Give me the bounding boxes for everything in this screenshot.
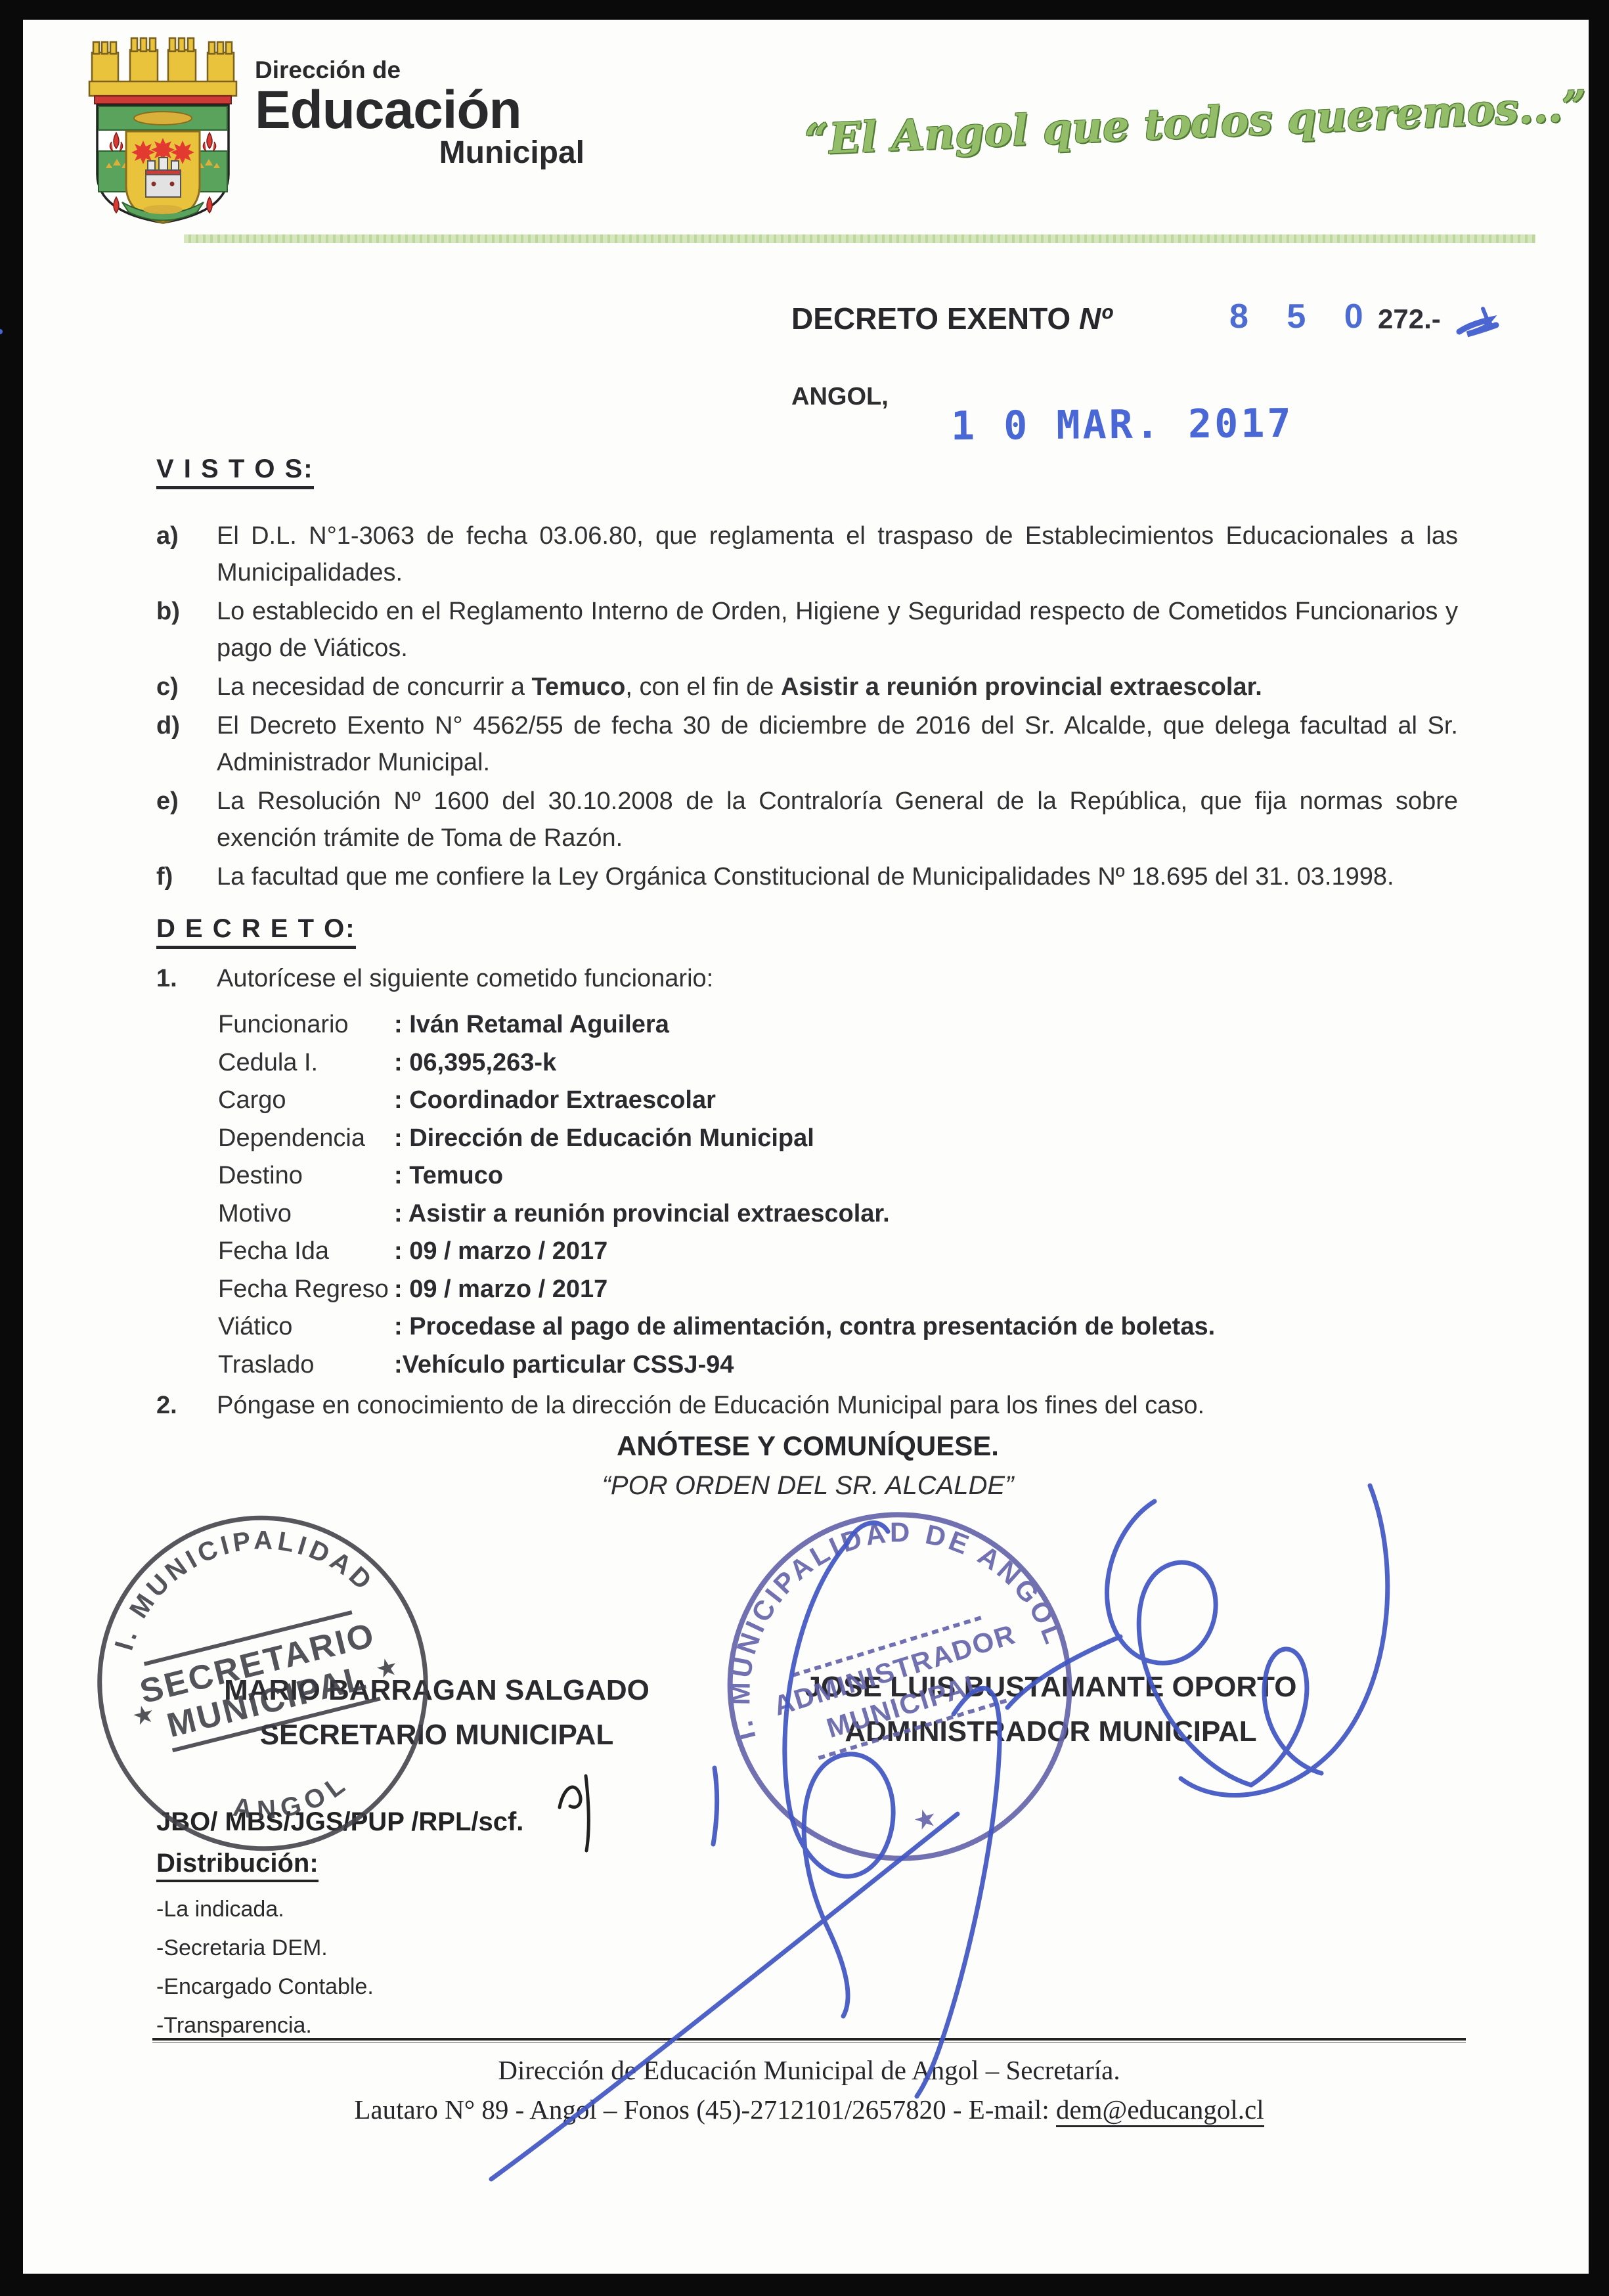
detail-row-cargo: Cargo: Coordinador Extraescolar (218, 1082, 1453, 1120)
header-divider (184, 234, 1535, 243)
detail-row-fecha-regreso: Fecha Regreso: 09 / marzo / 2017 (218, 1271, 1453, 1309)
footer: Dirección de Educación Municipal de Ango… (152, 2054, 1466, 2125)
vistos-item-a: a) El D.L. N°1-3063 de fecha 03.06.80, q… (156, 518, 1458, 591)
por-orden-line: “POR ORDEN DEL SR. ALCALDE” (479, 1471, 1136, 1501)
decree-number-stamp: 8 5 0 (1229, 297, 1378, 336)
vistos-list: a) El D.L. N°1-3063 de fecha 03.06.80, q… (156, 518, 1458, 897)
coat-of-arms-icon (84, 34, 242, 226)
signatory-left-name: MARIO BARRAGAN SALGADO (177, 1668, 696, 1713)
date-stamp: 1 0 MAR. 2017 (951, 401, 1294, 450)
footer-email: dem@educangol.cl (1056, 2094, 1264, 2127)
detail-row-dependencia: Dependencia: Dirección de Educación Muni… (218, 1120, 1453, 1158)
distribution-item: -Secretaria DEM. (156, 1929, 374, 1968)
signatory-left: MARIO BARRAGAN SALGADO SECRETARIO MUNICI… (177, 1668, 696, 1757)
dept-line2: Educación (255, 83, 623, 138)
dept-line1: Dirección de (255, 58, 623, 83)
responsibility-initials: JBO/ MBS/JGS/PUP /RPL/scf. (156, 1807, 523, 1837)
angol-coat-of-arms-logo (84, 34, 242, 226)
detail-row-fecha-ida: Fecha Ida: 09 / marzo / 2017 (218, 1233, 1453, 1271)
signatory-right-name: JOSE LUIS BUSTAMANTE OPORTO (768, 1665, 1333, 1710)
detail-row-traslado: Traslado:Vehículo particular CSSJ-94 (218, 1346, 1453, 1384)
commission-details: Funcionario: Iván Retamal Aguilera Cedul… (218, 1006, 1453, 1384)
department-wordmark: Dirección de Educación Municipal (255, 58, 623, 169)
decreto-item-2: 2. Póngase en conocimiento de la direcci… (156, 1387, 1458, 1424)
footer-rule (152, 2038, 1466, 2042)
vistos-item-c: c) La necesidad de concurrir a Temuco, c… (156, 669, 1458, 705)
distribution-item: -La indicada. (156, 1890, 374, 1929)
decree-title-number-sign: Nº (1079, 301, 1112, 336)
signatory-left-title: SECRETARIO MUNICIPAL (177, 1713, 696, 1757)
vistos-item-b: b) Lo establecido en el Reglamento Inter… (156, 593, 1458, 667)
signatory-right-title: ADMINISTRADOR MUNICIPAL (768, 1710, 1333, 1754)
distribution-item: -Encargado Contable. (156, 1968, 374, 2006)
decreto-item-1: 1. Autorícese el siguiente cometido func… (156, 960, 1458, 997)
anotese-line: ANÓTESE Y COMUNÍQUESE. (479, 1430, 1136, 1462)
distribution-list: -La indicada. -Secretaria DEM. -Encargad… (156, 1890, 374, 2045)
footer-line2: Lautaro N° 89 - Angol – Fonos (45)-27121… (152, 2094, 1466, 2125)
handwritten-annotation: 272.- (1378, 303, 1441, 335)
vistos-item-e: e) La Resolución Nº 1600 del 30.10.2008 … (156, 783, 1458, 856)
decree-title-main: DECRETO EXENTO (791, 301, 1079, 336)
place-label: ANGOL, (791, 383, 889, 411)
detail-row-destino: Destino: Temuco (218, 1157, 1453, 1195)
scanned-decree-page: Dirección de Educación Municipal “El Ang… (0, 0, 1609, 2296)
detail-row-cedula: Cedula I.: 06,395,263-k (218, 1044, 1453, 1082)
detail-row-funcionario: Funcionario: Iván Retamal Aguilera (218, 1006, 1453, 1044)
closing-block: ANÓTESE Y COMUNÍQUESE. “POR ORDEN DEL SR… (479, 1430, 1136, 1501)
footer-line1: Dirección de Educación Municipal de Ango… (152, 2054, 1466, 2086)
dept-line3: Municipal (255, 137, 623, 169)
decreto-heading: D E C R E T O: (156, 914, 356, 949)
distribution-heading: Distribución: (156, 1849, 319, 1882)
vistos-item-d: d) El Decreto Exento N° 4562/55 de fecha… (156, 707, 1458, 781)
signatory-right: JOSE LUIS BUSTAMANTE OPORTO ADMINISTRADO… (768, 1665, 1333, 1754)
detail-row-viatico: Viático: Procedase al pago de alimentaci… (218, 1308, 1453, 1346)
vistos-item-f: f) La facultad que me confiere la Ley Or… (156, 858, 1458, 895)
detail-row-motivo: Motivo: Asistir a reunión provincial ext… (218, 1195, 1453, 1233)
decree-title: DECRETO EXENTO Nº (791, 301, 1112, 336)
vistos-heading: V I S T O S: (156, 454, 314, 489)
